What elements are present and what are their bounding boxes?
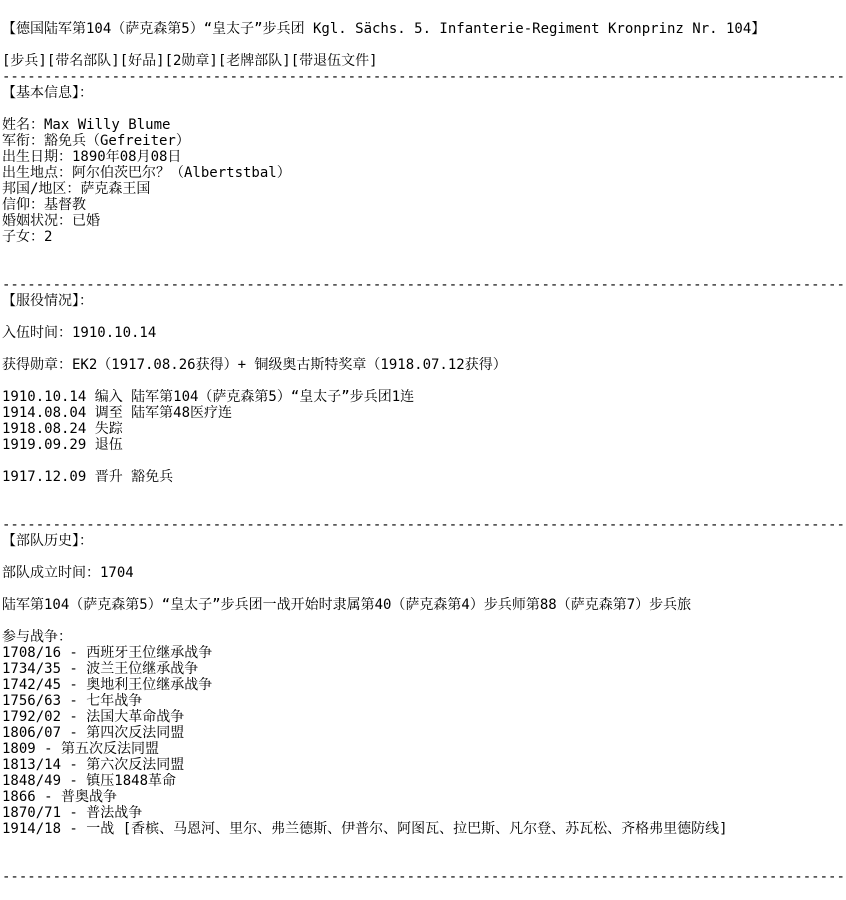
spacer — [2, 101, 846, 117]
war-entry: 1866 - 普奥战争 — [2, 789, 846, 805]
regiment-title: 【德国陆军第104（萨克森第5）“皇太子”步兵团 Kgl. Sächs. 5. … — [2, 21, 846, 37]
war-entry: 1734/35 - 波兰王位继承战争 — [2, 661, 846, 677]
war-entry: 1806/07 - 第四次反法同盟 — [2, 725, 846, 741]
service-heading: 【服役情况】： — [2, 293, 846, 309]
spacer — [2, 581, 846, 597]
tag-old-unit: [老牌部队] — [218, 53, 291, 69]
spacer — [2, 453, 846, 469]
war-entry: 1914/18 - 一战 [香槟、马恩河、里尔、弗兰德斯、伊普尔、阿图瓦、拉巴斯… — [2, 821, 846, 837]
timeline-entry: 1914.08.04 调至 陆军第48医疗连 — [2, 405, 846, 421]
war-entry: 1756/63 - 七年战争 — [2, 693, 846, 709]
spacer — [2, 837, 846, 853]
unit-founded-line: 部队成立时间：1704 — [2, 565, 846, 581]
tag-list: [步兵][带名部队][好品][2勋章][老牌部队][带退伍文件] — [2, 53, 846, 69]
spacer — [2, 485, 846, 501]
war-entry: 1792/02 - 法国大革命战争 — [2, 709, 846, 725]
war-entry: 1708/16 - 西班牙王位继承战争 — [2, 645, 846, 661]
document-page: 【德国陆军第104（萨克森第5）“皇太子”步兵团 Kgl. Sächs. 5. … — [0, 0, 846, 885]
medals-line: 获得勋章：EK2（1917.08.26获得）+ 铜级奥古斯特奖章（1918.07… — [2, 357, 846, 373]
section-separator: ----------------------------------------… — [2, 517, 846, 533]
section-separator: ----------------------------------------… — [2, 869, 846, 885]
tag-named-unit: [带名部队] — [47, 53, 120, 69]
field-state: 邦国/地区：萨克森王国 — [2, 181, 846, 197]
tag-good-condition: [好品] — [120, 53, 165, 69]
spacer — [2, 549, 846, 565]
timeline-entry: 1910.10.14 编入 陆军第104（萨克森第5）“皇太子”步兵团1连 — [2, 389, 846, 405]
field-birth-date: 出生日期：1890年08月08日 — [2, 149, 846, 165]
spacer — [2, 245, 846, 261]
field-marital-status: 婚姻状况：已婚 — [2, 213, 846, 229]
spacer — [2, 309, 846, 325]
spacer — [2, 341, 846, 357]
spacer — [2, 373, 846, 389]
field-name: 姓名：Max Willy Blume — [2, 117, 846, 133]
enlistment-line: 入伍时间：1910.10.14 — [2, 325, 846, 341]
war-entry: 1848/49 - 镇压1848革命 — [2, 773, 846, 789]
field-rank: 军衔：豁免兵（Gefreiter） — [2, 133, 846, 149]
tag-two-medals: [2勋章] — [165, 53, 218, 69]
section-separator: ----------------------------------------… — [2, 277, 846, 293]
war-entry: 1742/45 - 奥地利王位继承战争 — [2, 677, 846, 693]
spacer — [2, 501, 846, 517]
promotion-entry: 1917.12.09 晋升 豁免兵 — [2, 469, 846, 485]
tag-infantry: [步兵] — [2, 53, 47, 69]
war-entry: 1870/71 - 普法战争 — [2, 805, 846, 821]
unit-affiliation-line: 陆军第104（萨克森第5）“皇太子”步兵团一战开始时隶属第40（萨克森第4）步兵… — [2, 597, 846, 613]
wars-heading: 参与战争： — [2, 629, 846, 645]
timeline-entry: 1919.09.29 退伍 — [2, 437, 846, 453]
war-entry: 1809 - 第五次反法同盟 — [2, 741, 846, 757]
tag-discharge-papers: [带退伍文件] — [291, 53, 378, 69]
field-children: 子女：2 — [2, 229, 846, 245]
unit-history-heading: 【部队历史】： — [2, 533, 846, 549]
timeline-entry: 1918.08.24 失踪 — [2, 421, 846, 437]
section-separator: ----------------------------------------… — [2, 69, 846, 85]
field-birth-place: 出生地点：阿尔伯茨巴尔？（Albertstbal） — [2, 165, 846, 181]
spacer — [2, 853, 846, 869]
field-religion: 信仰：基督教 — [2, 197, 846, 213]
war-entry: 1813/14 - 第六次反法同盟 — [2, 757, 846, 773]
spacer — [2, 37, 846, 53]
basic-info-heading: 【基本信息】： — [2, 85, 846, 101]
spacer — [2, 613, 846, 629]
spacer — [2, 261, 846, 277]
